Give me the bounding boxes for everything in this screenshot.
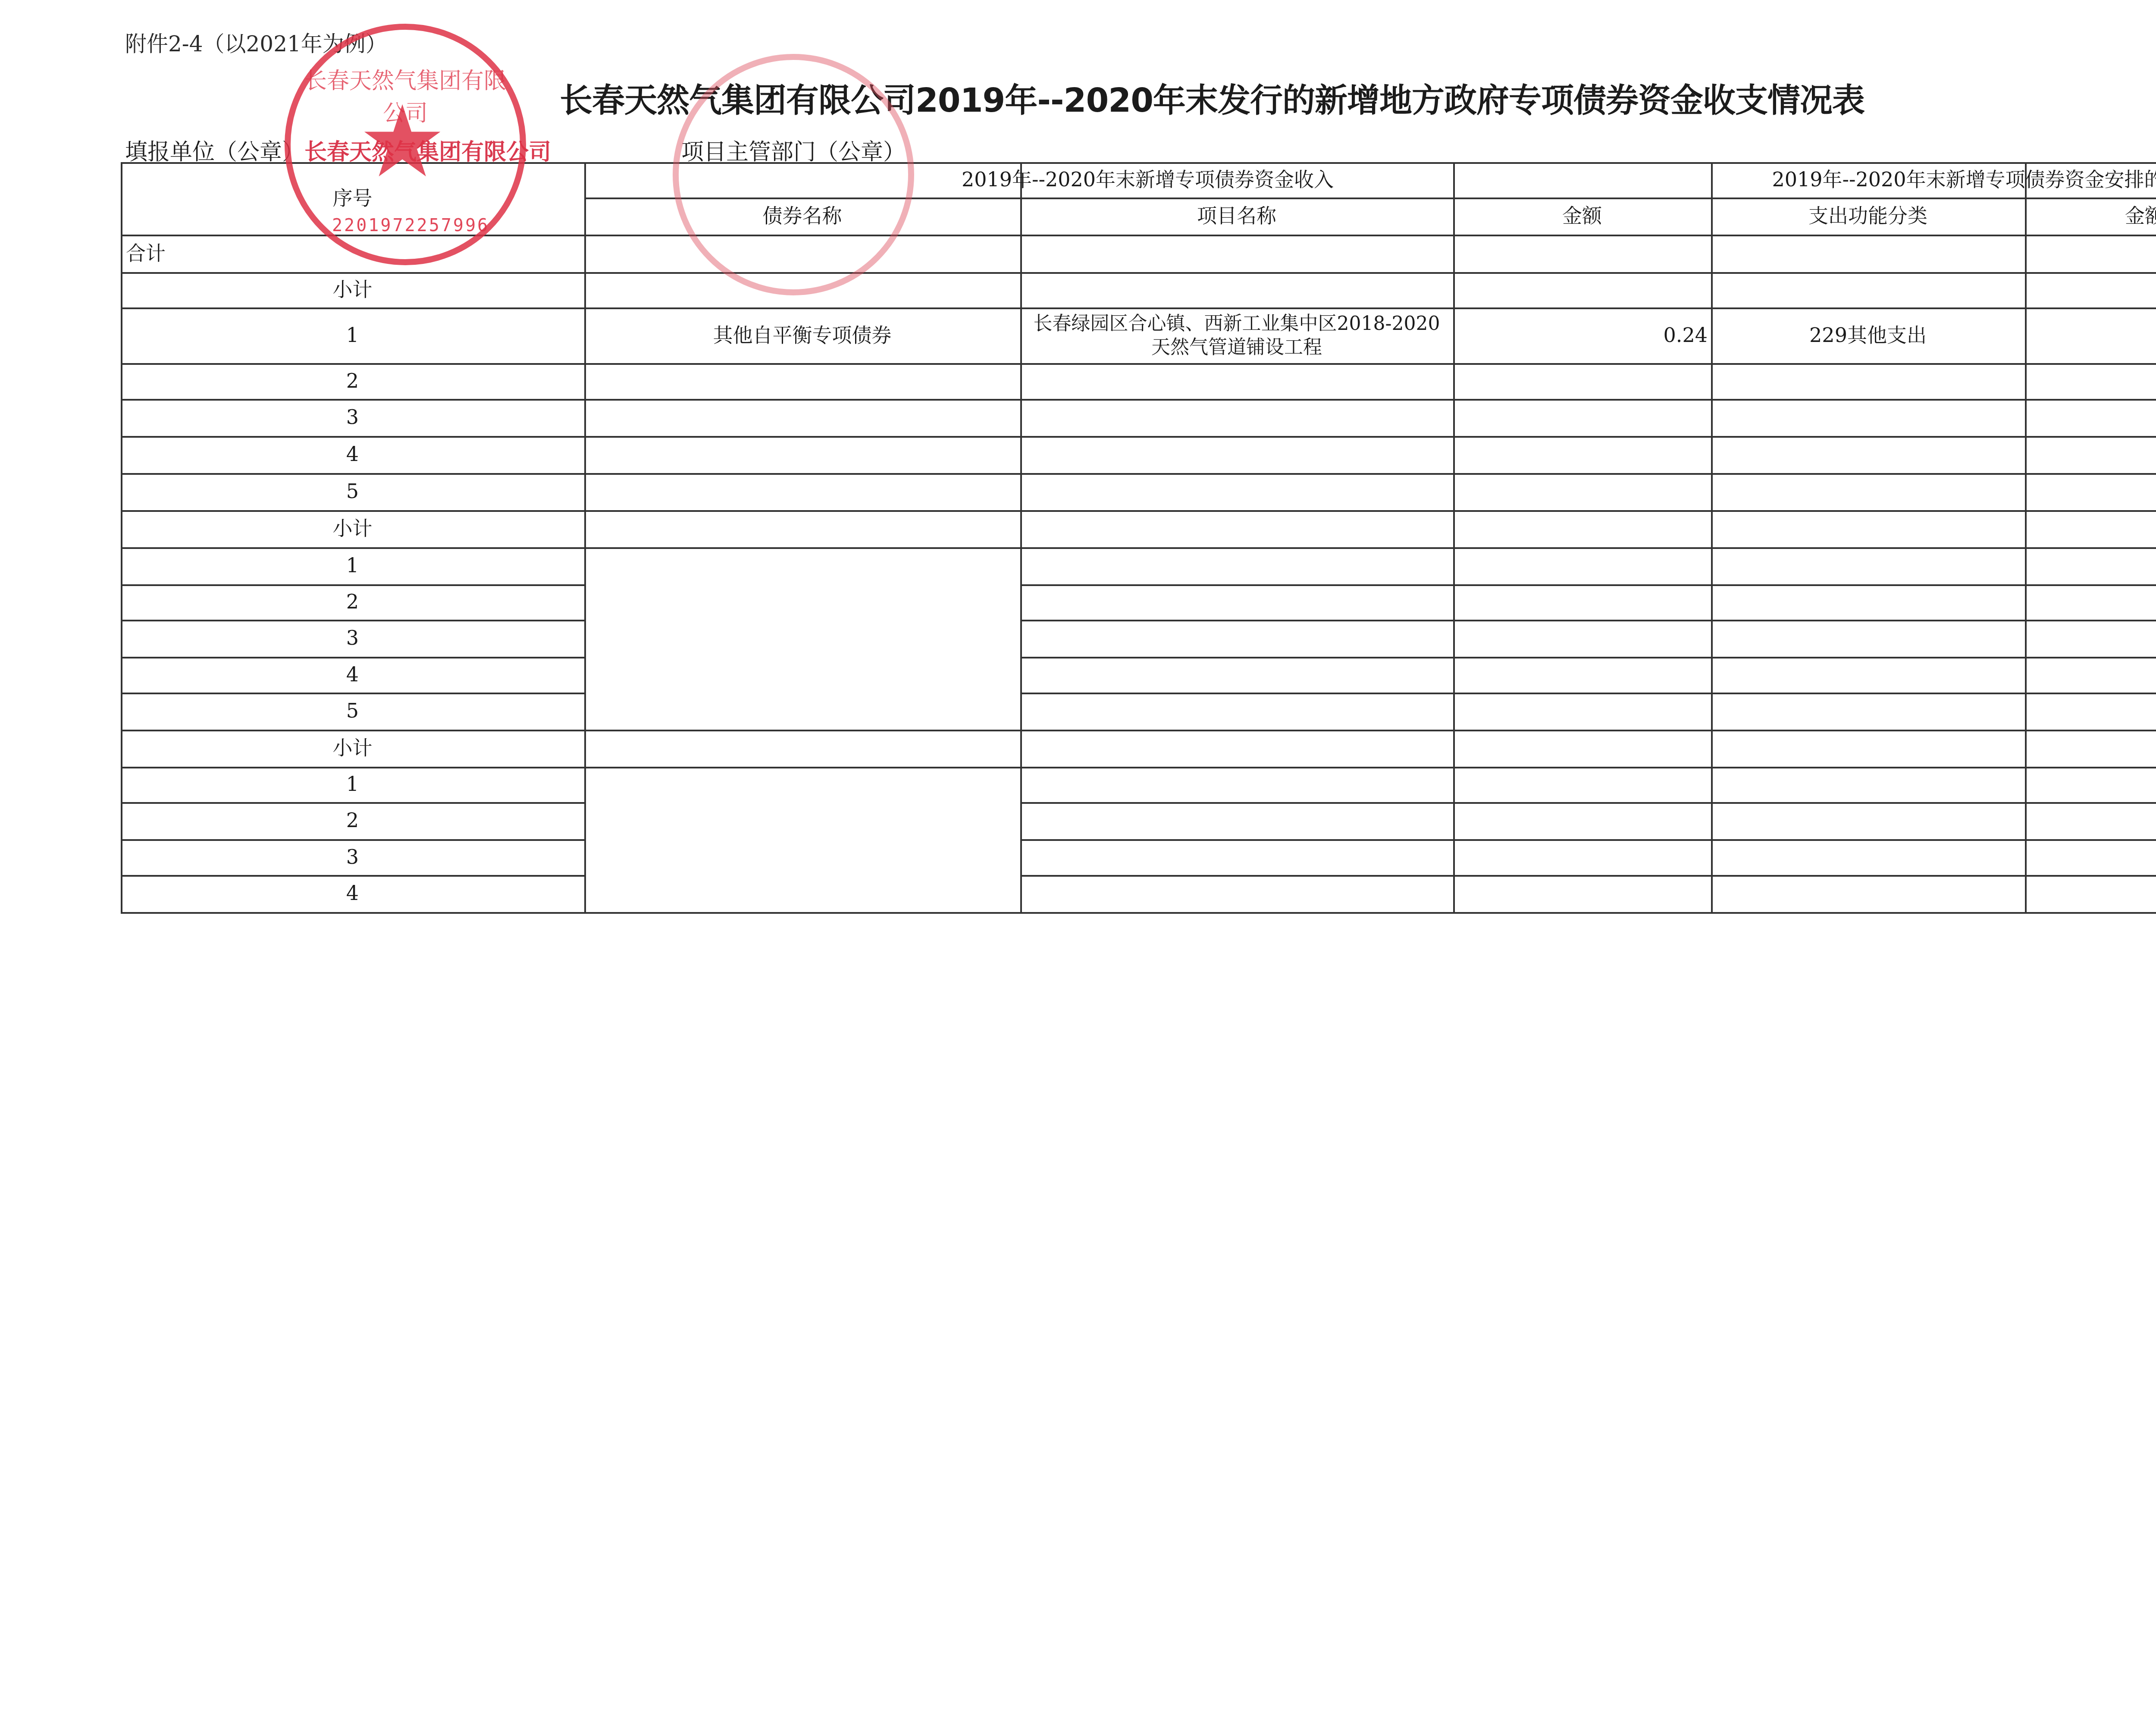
table-row-bond-name — [584, 272, 1020, 307]
row-divider — [121, 912, 2156, 914]
table-row-bond-name — [584, 473, 1020, 510]
table-row-expense-amount — [2025, 839, 2156, 875]
table-row-seq: 小计 — [121, 510, 584, 547]
table-row-expense-category — [1711, 657, 2025, 693]
table-row-expense-amount — [2025, 875, 2156, 912]
table-row-income-amount — [1453, 767, 1711, 802]
table-row-project-name — [1020, 547, 1453, 584]
table-row-expense-amount — [2025, 620, 2156, 657]
merged-bond-cell — [586, 549, 1020, 729]
table-row-expense-category — [1711, 875, 2025, 912]
table-row-project-name — [1020, 839, 1453, 875]
table-row-project-name — [1020, 875, 1453, 912]
table-row-income-amount — [1453, 875, 1711, 912]
table-row-project-name — [1020, 693, 1453, 730]
table-row-seq: 5 — [121, 473, 584, 510]
table-row-income-amount — [1453, 802, 1711, 839]
table-row-expense-category — [1711, 802, 2025, 839]
table-row-expense-amount — [2025, 436, 2156, 473]
table-row-project-name — [1020, 802, 1453, 839]
table-row-expense-amount — [2025, 730, 2156, 767]
table-row-expense-category — [1711, 272, 2025, 307]
company-stamp-number: 2201972257996 — [332, 216, 489, 235]
table-row-seq: 3 — [121, 399, 584, 436]
table-row-expense-category — [1711, 473, 2025, 510]
dept-label: 项目主管部门（公章） — [681, 134, 906, 166]
table-row-expense-amount — [2025, 510, 2156, 547]
table-row-income-amount — [1453, 399, 1711, 436]
table-row-income-amount — [1453, 363, 1711, 399]
header-expense-group: 2019年--2020年末新增专项债券资金安排的支出 — [1711, 162, 2156, 198]
header-expense-category: 支出功能分类 — [1711, 198, 2025, 235]
table-row-seq: 4 — [121, 436, 584, 473]
table-row-project-name — [1020, 584, 1453, 620]
table-row-seq: 1 — [121, 307, 584, 363]
table-row-expense-amount — [2025, 693, 2156, 730]
table-row-project-name — [1020, 510, 1453, 547]
table-row-expense-category — [1711, 620, 2025, 657]
company-stamp-text: 长春天然气集团有限公司 — [302, 63, 509, 127]
table-row-income-amount — [1453, 510, 1711, 547]
table-row-seq: 3 — [121, 620, 584, 657]
table-row-income-amount — [1453, 657, 1711, 693]
table-row-expense-amount — [2025, 547, 2156, 584]
table-row-income-amount — [1453, 730, 1711, 767]
header-project-name: 项目名称 — [1020, 198, 1453, 235]
table-row-income-amount — [1453, 272, 1711, 307]
table-row-project-name — [1020, 767, 1453, 802]
table-row-expense-amount — [2025, 272, 2156, 307]
table-row-expense-category — [1711, 584, 2025, 620]
table-row-bond-name — [584, 436, 1020, 473]
merged-bond-cell — [586, 769, 1020, 912]
funds-table: 序号2019年--2020年末新增专项债券资金收入2019年--2020年末新增… — [121, 162, 2156, 912]
table-row-project-name — [1020, 657, 1453, 693]
table-row-expense-category — [1711, 547, 2025, 584]
table-row-expense-category — [1711, 767, 2025, 802]
table-row-income-amount — [1453, 620, 1711, 657]
table-row-seq: 1 — [121, 767, 584, 802]
header-income-group: 2019年--2020年末新增专项债券资金收入 — [584, 162, 1711, 198]
table-row-seq: 小计 — [121, 730, 584, 767]
table-row-income-amount: 0.24 — [1453, 307, 1711, 363]
table-row-expense-amount — [2025, 802, 2156, 839]
table-row-income-amount — [1453, 473, 1711, 510]
total-label: 合计 — [121, 235, 584, 272]
table-row-project-name — [1020, 399, 1453, 436]
table-row-seq: 1 — [121, 547, 584, 584]
fill-unit: 填报单位（公章）长春天然气集团有限公司 — [125, 134, 551, 166]
table-row-expense-amount — [2025, 399, 2156, 436]
table-row-income-amount — [1453, 547, 1711, 584]
table-row-expense-category: 229其他支出 — [1711, 307, 2025, 363]
header-bond-name: 债券名称 — [584, 198, 1020, 235]
header-expense-amount: 金额 — [2025, 198, 2156, 235]
table-row-project-name — [1020, 363, 1453, 399]
table-row-income-amount — [1453, 584, 1711, 620]
table-row-expense-amount — [2025, 767, 2156, 802]
table-row-bond-name — [584, 510, 1020, 547]
header-income-amount: 金额 — [1453, 198, 1711, 235]
table-row-expense-amount — [2025, 473, 2156, 510]
table-row-bond-name — [584, 730, 1020, 767]
table-row-income-amount — [1453, 839, 1711, 875]
table-row-expense-category — [1711, 693, 2025, 730]
table-row-income-amount — [1453, 436, 1711, 473]
table-row-seq: 4 — [121, 657, 584, 693]
fill-unit-label: 填报单位（公章） — [125, 139, 304, 165]
table-row-expense-amount — [2025, 363, 2156, 399]
table-row-project-name: 长春绿园区合心镇、西新工业集中区2018-2020天然气管道铺设工程 — [1020, 307, 1453, 363]
table-row-project-name — [1020, 730, 1453, 767]
table-row-project-name — [1020, 620, 1453, 657]
table-row-expense-amount: 0.24 — [2025, 307, 2156, 363]
table-row-expense-category — [1711, 510, 2025, 547]
table-row-bond-name — [584, 363, 1020, 399]
table-row-seq: 2 — [121, 363, 584, 399]
table-row-seq: 2 — [121, 584, 584, 620]
table-row-expense-category — [1711, 730, 2025, 767]
table-row-project-name — [1020, 473, 1453, 510]
table-row-expense-category — [1711, 839, 2025, 875]
attachment-note: 附件2-4（以2021年为例） — [125, 27, 387, 58]
table-row-expense-category — [1711, 436, 2025, 473]
table-row-seq: 5 — [121, 693, 584, 730]
table-row-seq: 小计 — [121, 272, 584, 307]
table-row-project-name — [1020, 436, 1453, 473]
table-row-project-name — [1020, 272, 1453, 307]
table-row-seq: 3 — [121, 839, 584, 875]
table-row-expense-amount — [2025, 657, 2156, 693]
table-row-income-amount — [1453, 693, 1711, 730]
table-row-expense-amount — [2025, 584, 2156, 620]
table-row-expense-category — [1711, 363, 2025, 399]
table-row-seq: 4 — [121, 875, 584, 912]
table-row-seq: 2 — [121, 802, 584, 839]
table-row-bond-name — [584, 399, 1020, 436]
table-row-bond-name: 其他自平衡专项债券 — [584, 307, 1020, 363]
table-row-expense-category — [1711, 399, 2025, 436]
